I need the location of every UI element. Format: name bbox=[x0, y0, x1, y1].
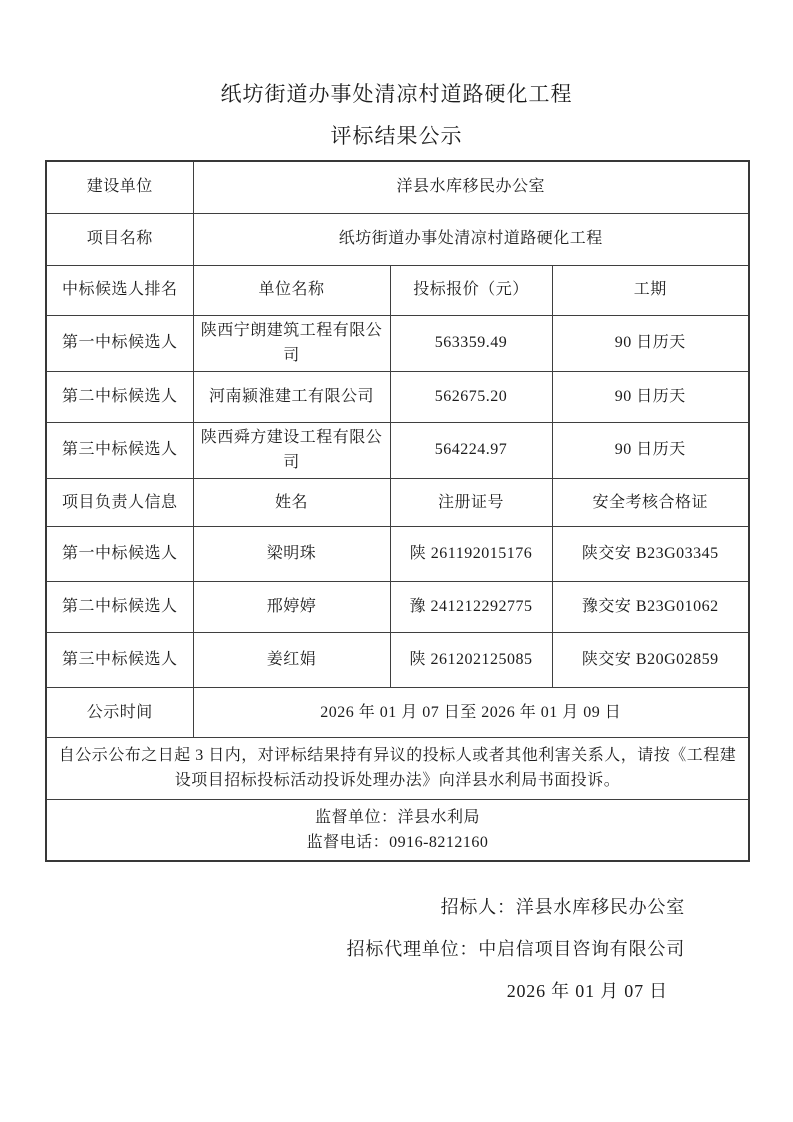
signature-block: 招标人：洋县水库移民办公室 招标代理单位：中启信项目咨询有限公司 2026 年 … bbox=[0, 886, 793, 1012]
supervisor-phone: 监督电话：0916-8212160 bbox=[53, 830, 742, 856]
bid-header-rank: 中标候选人排名 bbox=[46, 265, 193, 315]
table-row-bid-candidate-2: 第二中标候选人 河南颍淮建工有限公司 562675.20 90 日历天 bbox=[46, 371, 749, 422]
bid-rank-cell: 第三中标候选人 bbox=[46, 422, 193, 478]
manager-reg-no-cell: 豫 241212292775 bbox=[390, 581, 552, 632]
document-title: 纸坊街道办事处清凉村道路硬化工程 bbox=[0, 82, 793, 106]
document-page: 纸坊街道办事处清凉村道路硬化工程 评标结果公示 建设单位 洋县水库移民办公室 项… bbox=[0, 0, 793, 1122]
manager-safety-cert-cell: 陕交安 B23G03345 bbox=[552, 526, 749, 581]
manager-name-cell: 梁明珠 bbox=[193, 526, 390, 581]
bid-header-price: 投标报价（元） bbox=[390, 265, 552, 315]
bid-company-cell: 陕西宁朗建筑工程有限公司 bbox=[193, 315, 390, 371]
table-row-publicity-period: 公示时间 2026 年 01 月 07 日至 2026 年 01 月 09 日 bbox=[46, 687, 749, 737]
tenderer-line: 招标人：洋县水库移民办公室 bbox=[0, 886, 685, 928]
table-row-complaint-note: 自公示公布之日起 3 日内，对评标结果持有异议的投标人或者其他利害关系人，请按《… bbox=[46, 737, 749, 799]
bid-header-company: 单位名称 bbox=[193, 265, 390, 315]
manager-header-reg-no: 注册证号 bbox=[390, 478, 552, 526]
manager-rank-cell: 第一中标候选人 bbox=[46, 526, 193, 581]
document-subtitle: 评标结果公示 bbox=[0, 124, 793, 148]
bid-duration-cell: 90 日历天 bbox=[552, 315, 749, 371]
bid-duration-cell: 90 日历天 bbox=[552, 371, 749, 422]
manager-reg-no-cell: 陕 261202125085 bbox=[390, 632, 552, 687]
bid-header-duration: 工期 bbox=[552, 265, 749, 315]
table-row-construction-unit: 建设单位 洋县水库移民办公室 bbox=[46, 161, 749, 213]
table-row-supervisor: 监督单位：洋县水利局 监督电话：0916-8212160 bbox=[46, 799, 749, 861]
manager-header-safety-cert: 安全考核合格证 bbox=[552, 478, 749, 526]
manager-safety-cert-cell: 豫交安 B23G01062 bbox=[552, 581, 749, 632]
construction-unit-label: 建设单位 bbox=[46, 161, 193, 213]
manager-rank-cell: 第二中标候选人 bbox=[46, 581, 193, 632]
publicity-period-value: 2026 年 01 月 07 日至 2026 年 01 月 09 日 bbox=[193, 687, 749, 737]
manager-header-name: 姓名 bbox=[193, 478, 390, 526]
construction-unit-value: 洋县水库移民办公室 bbox=[193, 161, 749, 213]
signature-date: 2026 年 01 月 07 日 bbox=[0, 970, 668, 1012]
bid-company-cell: 河南颍淮建工有限公司 bbox=[193, 371, 390, 422]
project-name-value: 纸坊街道办事处清凉村道路硬化工程 bbox=[193, 213, 749, 265]
table-row-bid-header: 中标候选人排名 单位名称 投标报价（元） 工期 bbox=[46, 265, 749, 315]
table-row-bid-candidate-1: 第一中标候选人 陕西宁朗建筑工程有限公司 563359.49 90 日历天 bbox=[46, 315, 749, 371]
bid-rank-cell: 第一中标候选人 bbox=[46, 315, 193, 371]
bid-price-cell: 564224.97 bbox=[390, 422, 552, 478]
project-name-label: 项目名称 bbox=[46, 213, 193, 265]
bid-price-cell: 563359.49 bbox=[390, 315, 552, 371]
publicity-period-label: 公示时间 bbox=[46, 687, 193, 737]
manager-safety-cert-cell: 陕交安 B20G02859 bbox=[552, 632, 749, 687]
manager-name-cell: 姜红娟 bbox=[193, 632, 390, 687]
supervisor-unit: 监督单位：洋县水利局 bbox=[53, 805, 742, 831]
bid-price-cell: 562675.20 bbox=[390, 371, 552, 422]
table-row-manager-1: 第一中标候选人 梁明珠 陕 261192015176 陕交安 B23G03345 bbox=[46, 526, 749, 581]
bid-duration-cell: 90 日历天 bbox=[552, 422, 749, 478]
table-row-manager-header: 项目负责人信息 姓名 注册证号 安全考核合格证 bbox=[46, 478, 749, 526]
table-row-bid-candidate-3: 第三中标候选人 陕西舜方建设工程有限公司 564224.97 90 日历天 bbox=[46, 422, 749, 478]
manager-reg-no-cell: 陕 261192015176 bbox=[390, 526, 552, 581]
agency-line: 招标代理单位：中启信项目咨询有限公司 bbox=[0, 928, 685, 970]
manager-header-rank: 项目负责人信息 bbox=[46, 478, 193, 526]
supervisor-cell: 监督单位：洋县水利局 监督电话：0916-8212160 bbox=[46, 799, 749, 861]
evaluation-result-table: 建设单位 洋县水库移民办公室 项目名称 纸坊街道办事处清凉村道路硬化工程 中标候… bbox=[45, 160, 750, 862]
complaint-note: 自公示公布之日起 3 日内，对评标结果持有异议的投标人或者其他利害关系人，请按《… bbox=[46, 737, 749, 799]
bid-company-cell: 陕西舜方建设工程有限公司 bbox=[193, 422, 390, 478]
manager-rank-cell: 第三中标候选人 bbox=[46, 632, 193, 687]
table-row-manager-3: 第三中标候选人 姜红娟 陕 261202125085 陕交安 B20G02859 bbox=[46, 632, 749, 687]
bid-rank-cell: 第二中标候选人 bbox=[46, 371, 193, 422]
table-row-manager-2: 第二中标候选人 邢婷婷 豫 241212292775 豫交安 B23G01062 bbox=[46, 581, 749, 632]
table-row-project-name: 项目名称 纸坊街道办事处清凉村道路硬化工程 bbox=[46, 213, 749, 265]
manager-name-cell: 邢婷婷 bbox=[193, 581, 390, 632]
